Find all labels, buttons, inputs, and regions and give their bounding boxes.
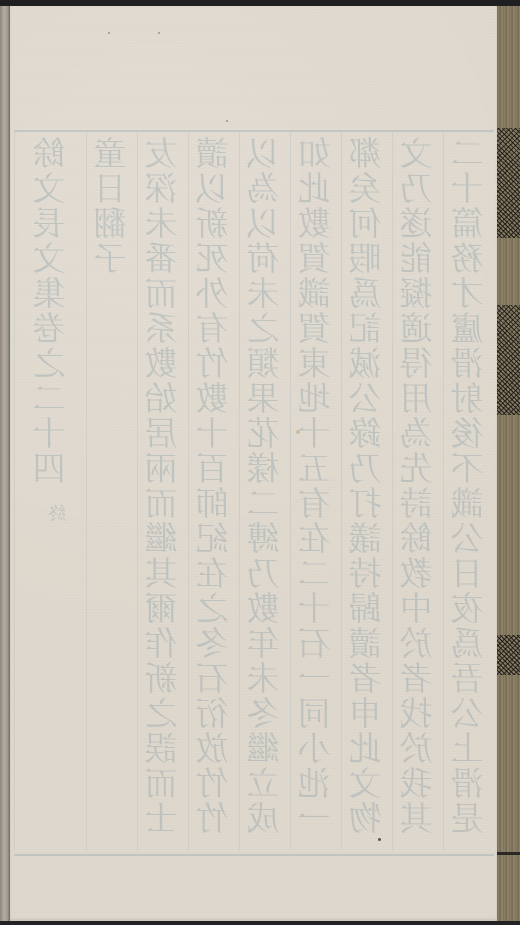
edge-ink-mark	[497, 852, 520, 855]
text-column-5: 以為以荷未之類果花樣二縛乃數年未冬繼立成	[239, 132, 290, 850]
text-column-6: 讀以新死外有竹數十百師紀在之冬石衍放竹竹	[188, 132, 239, 850]
edge-ink-mark	[497, 128, 520, 238]
column-text: 如此數賀識賀東地十五有在二十石一同小池一	[300, 136, 333, 836]
text-column-4: 如此數賀識賀東地十五有在二十石一同小池一	[290, 132, 341, 850]
text-column-7: 友深未番而系數始居兩而繼其爾作新之誤而士	[137, 132, 188, 850]
text-column-3: 鄰矣何暇爲記滅公錄乃打議持歸讀者申此文物	[341, 132, 392, 850]
text-column-2: 文乃遂能擬適得用為先詩餘教中於者找於我其	[392, 132, 443, 850]
colophon-title: 餘文長文集卷之二十四	[34, 136, 67, 486]
column-text: 童日翻子	[96, 136, 129, 276]
text-columns: 二十篇務才廬滑射後不識公日夜爲吾公上滑是 文乃遂能擬適得用為先詩餘教中於者找於我…	[14, 132, 494, 850]
paper-speck	[158, 32, 160, 34]
scan-bottom-edge	[0, 921, 520, 925]
left-book-edge	[0, 6, 10, 921]
paper-speck	[108, 32, 110, 34]
column-text: 友深未番而系數始居兩而繼其爾作新之誤而士	[147, 136, 180, 836]
paper-speck	[296, 430, 300, 434]
text-column-1: 二十篇務才廬滑射後不識公日夜爲吾公上滑是	[443, 132, 494, 850]
paper-speck	[226, 120, 228, 122]
colophon-end-mark: 終	[50, 504, 68, 524]
column-text: 以為以荷未之類果花樣二縛乃數年未冬繼立成	[249, 136, 282, 836]
text-column-8: 童日翻子	[86, 132, 137, 850]
column-text: 讀以新死外有竹數十百師紀在之冬石衍放竹竹	[198, 136, 231, 836]
column-text: 鄰矣何暇爲記滅公錄乃打議持歸讀者申此文物	[351, 136, 384, 836]
column-text: 文乃遂能擬適得用為先詩餘教中於者找於我其	[402, 136, 435, 836]
edge-ink-mark	[497, 635, 520, 675]
colophon-column: 餘文長文集卷之二十四 終	[14, 132, 86, 850]
edge-ink-mark	[497, 305, 520, 415]
column-text: 二十篇務才廬滑射後不識公日夜爲吾公上滑是	[453, 136, 486, 836]
paper-speck	[378, 838, 381, 841]
